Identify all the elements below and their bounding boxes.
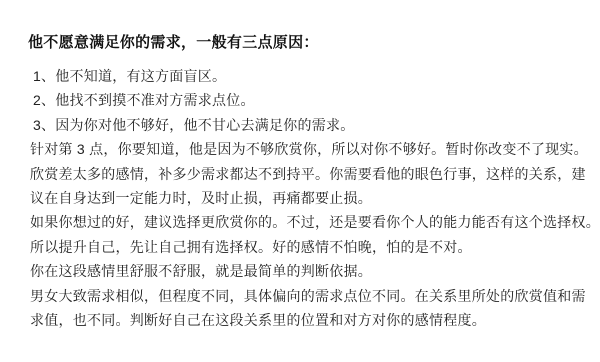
body-line-4: 如果你想过的好，建议选择更欣赏你的。不过，还是要看你个人的能力能否有这个选择权。	[0, 210, 600, 234]
body-line-6: 你在这段感情里舒服不舒服，就是最简单的判断依据。	[0, 259, 600, 283]
reason-item-3: 3、因为你对他不够好，他不甘心去满足你的需求。	[0, 113, 600, 137]
body-line-3: 议在自身达到一定能力时，及时止损，再痛都要止损。	[0, 186, 600, 210]
body-line-2: 欣赏差太多的感情，补多少需求都达不到持平。你需要看他的眼色行事，这样的关系，建	[0, 162, 600, 186]
article-title: 他不愿意满足你的需求，一般有三点原因：	[28, 31, 319, 52]
body-line-7: 男女大致需求相似，但程度不同，具体偏向的需求点位不同。在关系里所处的欣赏值和需	[0, 284, 600, 308]
article-page: 他不愿意满足你的需求，一般有三点原因： 1、他不知道，有这方面盲区。 2、他找不…	[0, 0, 600, 362]
body-line-1: 针对第 3 点，你要知道，他是因为不够欣赏你，所以对你不够好。暂时你改变不了现实…	[0, 137, 600, 161]
body-line-8: 求值，也不同。判断好自己在这段关系里的位置和对方对你的感情程度。	[0, 308, 600, 332]
reason-item-2: 2、他找不到摸不准对方需求点位。	[0, 88, 600, 112]
body-line-5: 所以提升自己，先让自己拥有选择权。好的感情不怕晚，怕的是不对。	[0, 235, 600, 259]
article-body: 1、他不知道，有这方面盲区。 2、他找不到摸不准对方需求点位。 3、因为你对他不…	[0, 64, 600, 332]
reason-item-1: 1、他不知道，有这方面盲区。	[0, 64, 600, 88]
